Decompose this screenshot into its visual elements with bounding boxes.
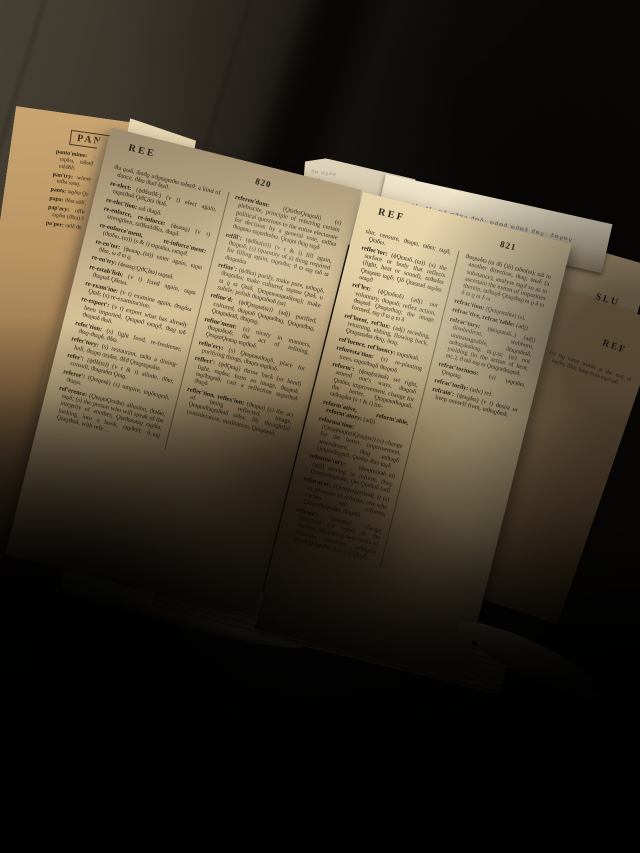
left-guide-word: REE (127, 142, 157, 159)
headword: pants: (50, 187, 68, 195)
right-page-number: 821 (499, 239, 517, 253)
headword: pap'acy: (48, 205, 76, 215)
dictionary-entry: (s) ϖϱ same words at the end of ϖϱδϖ, ϑδ… (546, 350, 632, 390)
right-guide-word: REF (377, 206, 406, 223)
headword: pa'per: (46, 220, 66, 229)
fanned-page-text: (s) ϖϱ same words at the end of ϖϱδϖ, ϑδ… (546, 350, 632, 393)
headword: papa: (49, 196, 65, 204)
photo-open-dictionary-scene: PAN panto'mime: acting dumb ϖϱδω, ϖδϖϑ t… (0, 0, 640, 853)
left-page-number: 820 (254, 176, 272, 190)
headword: panto'mime: (56, 149, 96, 160)
fanned-page-guide-word: REF (601, 338, 628, 356)
headword: pan'try: (52, 171, 77, 180)
